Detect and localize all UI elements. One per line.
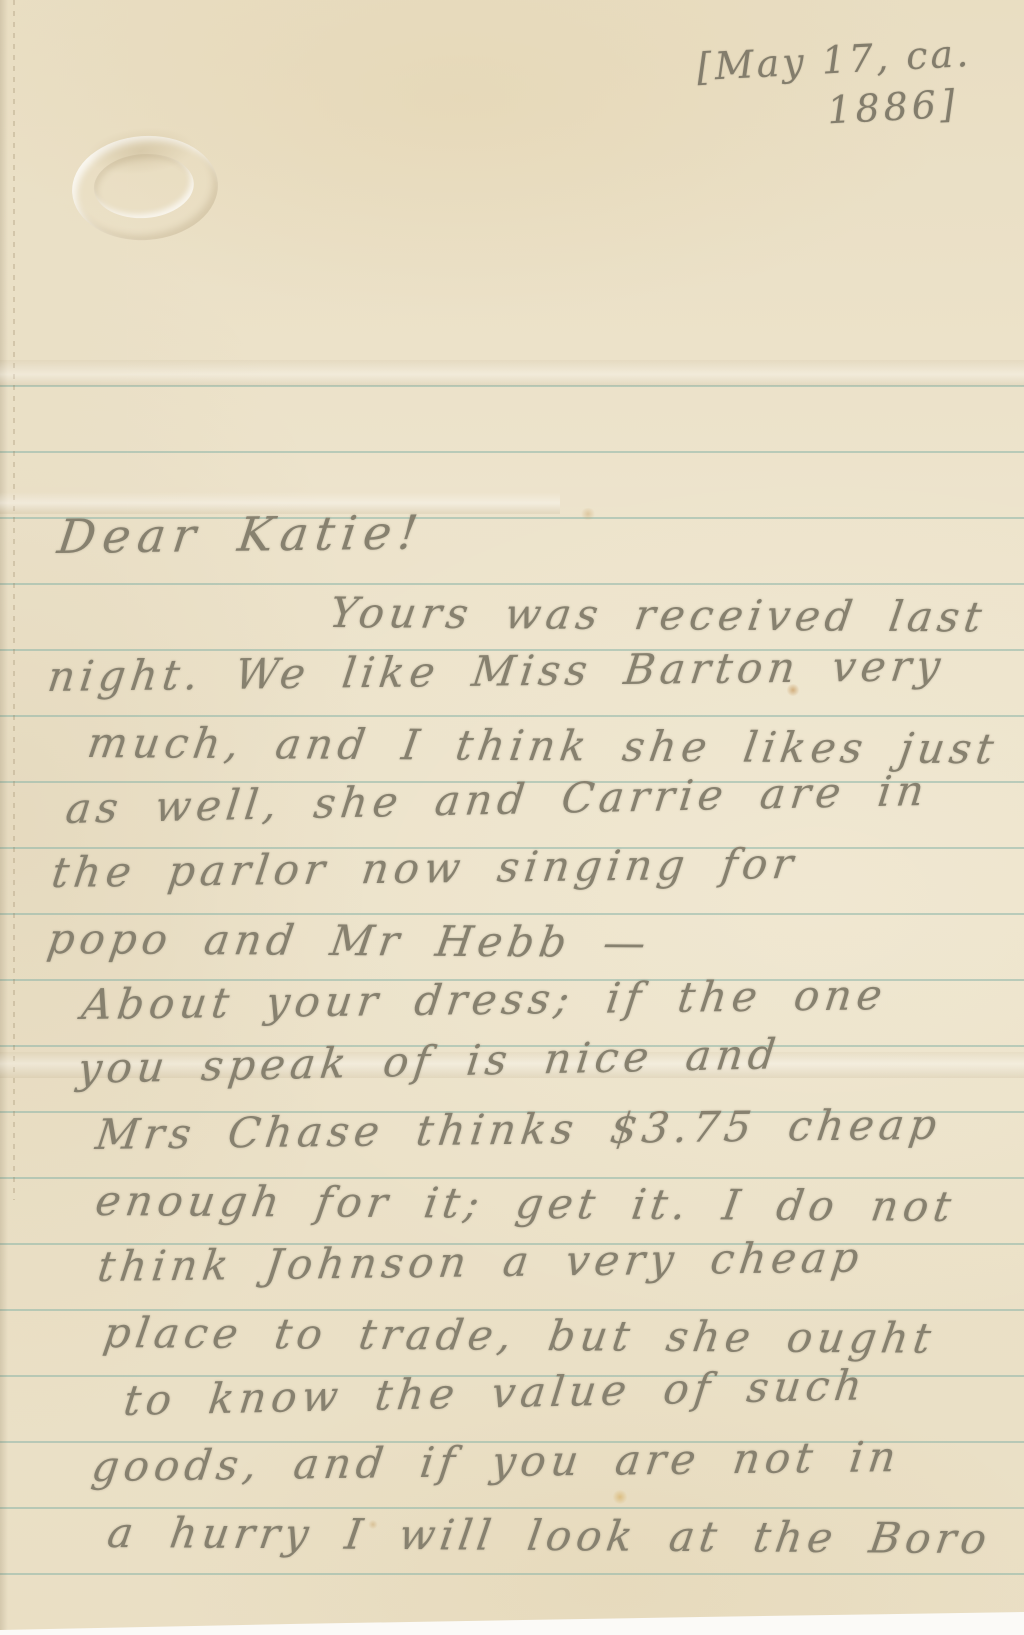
date-annotation-line2: 1886]: [826, 81, 975, 133]
handwritten-line: much, and I think she likes just: [85, 722, 1001, 770]
scanned-letter-page: [May 17, ca. 1886] Dear Katie! Yours was…: [0, 0, 1024, 1635]
handwritten-line: place to trade, but she ought: [101, 1312, 939, 1360]
date-annotation: [May 17, ca. 1886]: [696, 31, 975, 139]
handwritten-line: think Johnson a very cheap: [95, 1237, 866, 1288]
handwritten-line: popo and Mr Hebb —: [45, 918, 654, 964]
handwritten-line: Mrs Chase thinks $3.75 cheap: [93, 1104, 943, 1156]
letter-paper: [May 17, ca. 1886] Dear Katie! Yours was…: [0, 0, 1024, 1635]
stain-mark: [612, 1490, 628, 1504]
salutation: Dear Katie!: [55, 510, 427, 561]
handwritten-line: enough for it; get it. I do not: [93, 1180, 959, 1228]
perforation-line: [13, 0, 15, 1200]
fold-crease-top: [0, 360, 1024, 386]
handwritten-line: About your dress; if the one: [79, 974, 889, 1026]
handwritten-line: Yours was received last: [327, 592, 989, 639]
handwritten-line: goods, and if you are not in: [89, 1436, 903, 1488]
stain-mark: [580, 508, 596, 520]
handwritten-line: night. We like Miss Barton very: [45, 645, 947, 698]
handwritten-line: a hurry I will look at the Boro: [105, 1512, 994, 1560]
date-annotation-line1: [May 17, ca.: [696, 31, 972, 89]
handwritten-line: the parlor now singing for: [49, 843, 800, 894]
paper-left-edge: [0, 0, 8, 1630]
